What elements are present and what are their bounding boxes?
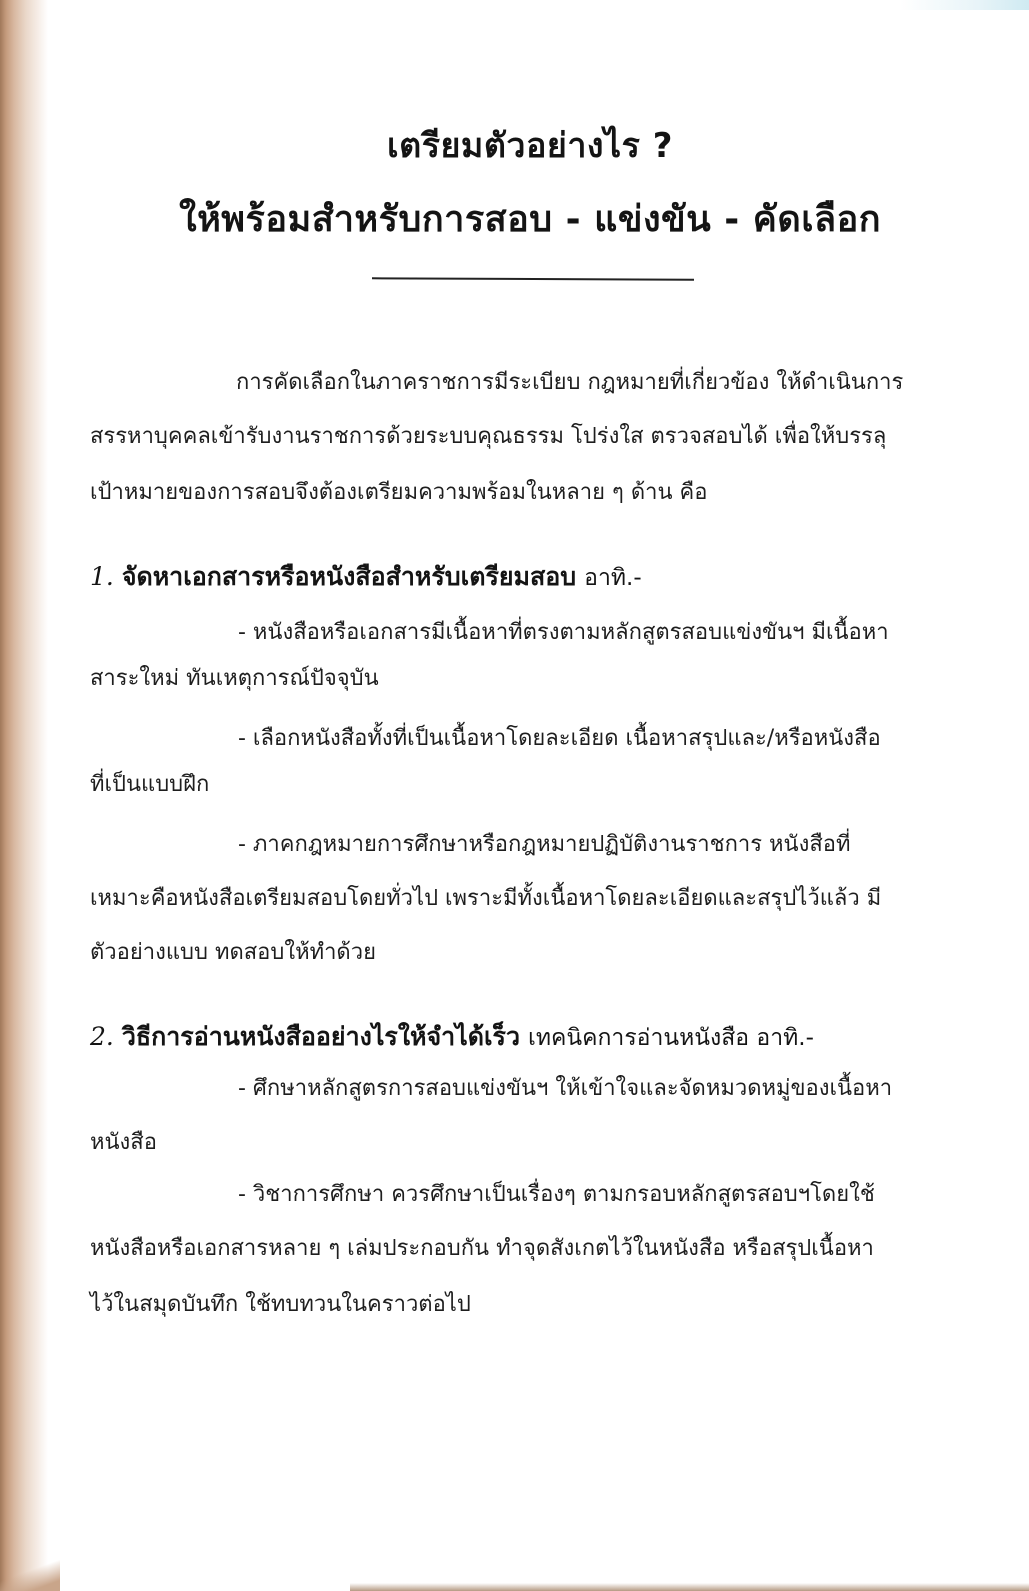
section-2-heading-bold: วิธีการอ่านหนังสืออย่างไรให้จำได้เร็ว	[122, 1022, 520, 1051]
intro-line-2: สรรหาบุคคลเข้ารับงานราชการด้วยระบบคุณธรร…	[90, 422, 886, 452]
page-top-edge	[900, 0, 1029, 10]
title-underline-rule	[372, 277, 694, 280]
section-2-heading: 2. วิธีการอ่านหนังสืออย่างไรให้จำได้เร็ว…	[90, 1020, 814, 1055]
section-2-heading-regular: เทคนิคการอ่านหนังสือ อาทิ.-	[528, 1025, 814, 1051]
section-2-bullet-2-line-1: - วิชาการศึกษา ควรศึกษาเป็นเรื่องๆ ตามกร…	[238, 1180, 875, 1210]
section-1-heading-bold: จัดหาเอกสารหรือหนังสือสำหรับเตรียมสอบ	[122, 562, 576, 591]
section-1-bullet-3-line-3: ตัวอย่างแบบ ทดสอบให้ทำด้วย	[90, 938, 376, 968]
section-2-bullet-2-line-2: หนังสือหรือเอกสารหลาย ๆ เล่มประกอบกัน ทำ…	[90, 1234, 874, 1264]
page-title-line-2: ให้พร้อมสำหรับการสอบ - แข่งขัน - คัดเลือ…	[0, 190, 1029, 247]
section-2-bullet-1-line-1: - ศึกษาหลักสูตรการสอบแข่งขันฯ ให้เข้าใจแ…	[238, 1074, 892, 1104]
section-1-bullet-1-line-2: สาระใหม่ ทันเหตุการณ์ปัจจุบัน	[90, 664, 379, 694]
book-page: เตรียมตัวอย่างไร ? ให้พร้อมสำหรับการสอบ …	[0, 0, 1029, 1591]
intro-line-3: เป้าหมายของการสอบจึงต้องเตรียมความพร้อมใ…	[90, 478, 707, 508]
section-1-number: 1.	[90, 562, 114, 591]
section-1-heading: 1. จัดหาเอกสารหรือหนังสือสำหรับเตรียมสอบ…	[90, 560, 642, 595]
section-1-bullet-1-line-1: - หนังสือหรือเอกสารมีเนื้อหาที่ตรงตามหลั…	[238, 618, 889, 648]
page-title-line-1: เตรียมตัวอย่างไร ?	[0, 118, 1029, 172]
intro-line-1: การคัดเลือกในภาคราชการมีระเบียบ กฎหมายที…	[236, 368, 903, 398]
page-bottom-corner	[0, 1560, 60, 1591]
section-1-bullet-3-line-2: เหมาะคือหนังสือเตรียมสอบโดยทั่วไป เพราะม…	[90, 884, 881, 914]
section-2-number: 2.	[90, 1022, 114, 1051]
section-1-bullet-2-line-1: - เลือกหนังสือทั้งที่เป็นเนื้อหาโดยละเอี…	[238, 724, 881, 754]
page-bottom-edge	[350, 1583, 1029, 1591]
section-1-heading-regular: อาทิ.-	[584, 565, 642, 591]
section-1-bullet-3-line-1: - ภาคกฎหมายการศึกษาหรือกฎหมายปฏิบัติงานร…	[238, 830, 850, 860]
section-1-bullet-2-line-2: ที่เป็นแบบฝึก	[90, 770, 209, 800]
section-2-bullet-1-line-2: หนังสือ	[90, 1128, 157, 1158]
section-2-bullet-2-line-3: ไว้ในสมุดบันทึก ใช้ทบทวนในคราวต่อไป	[90, 1290, 471, 1320]
